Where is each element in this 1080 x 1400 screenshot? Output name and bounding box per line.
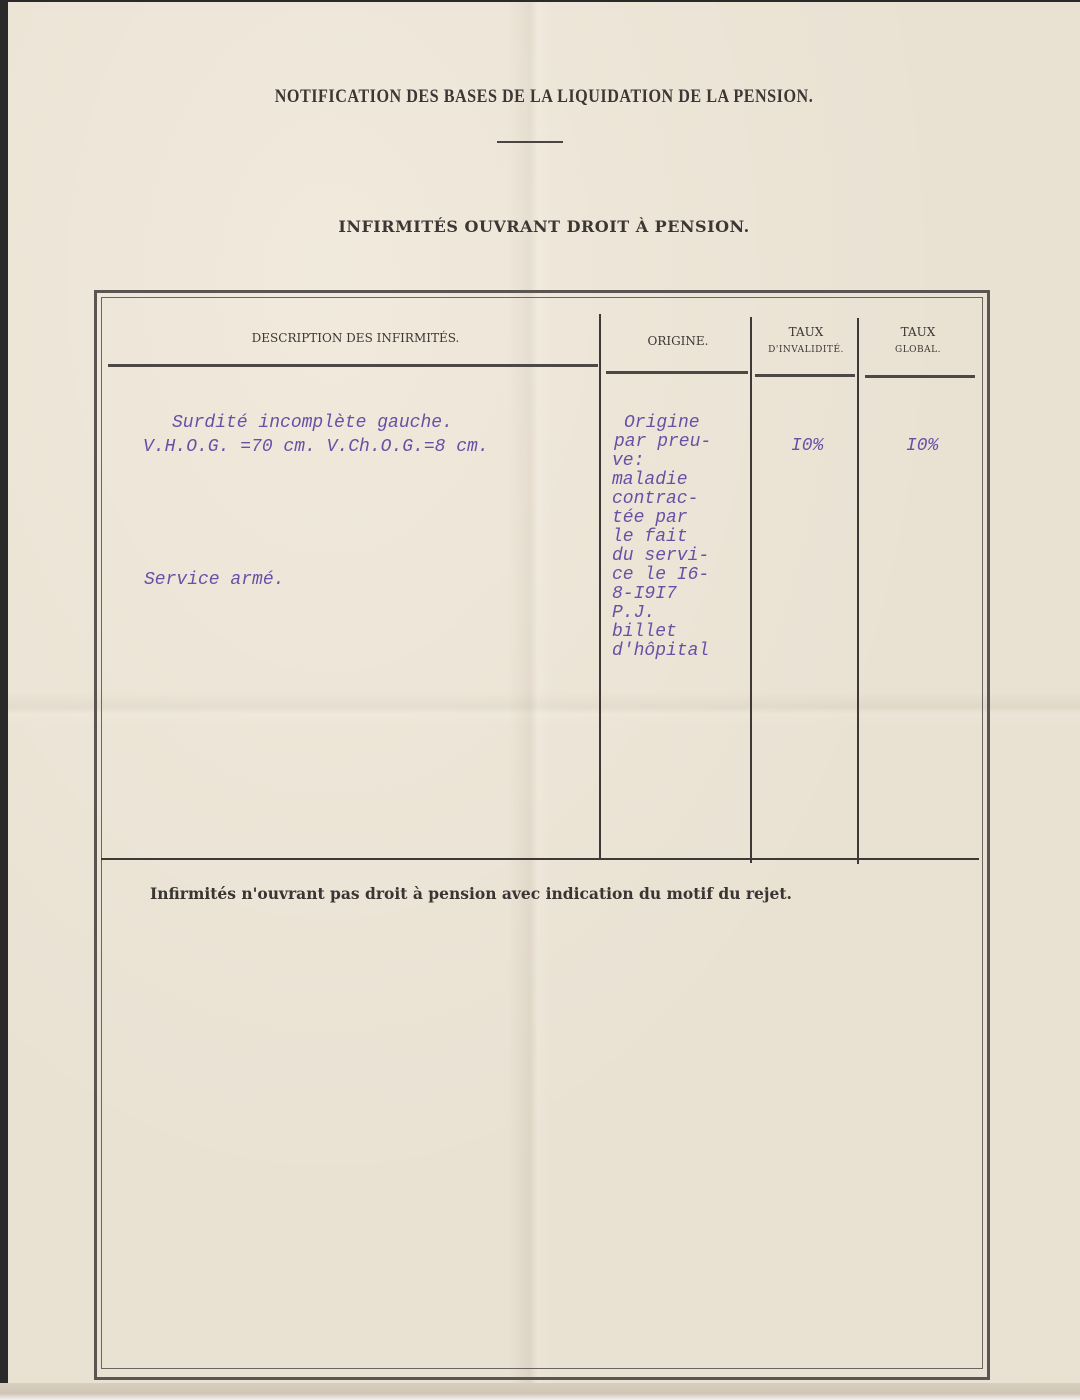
header-taux-global-line1: TAUX xyxy=(860,324,976,340)
header-rule-origine xyxy=(606,371,748,374)
description-line-1: Surdité incomplète gauche. xyxy=(172,414,453,433)
origine-line: ve: xyxy=(612,452,752,471)
origine-line: d'hôpital xyxy=(612,642,752,661)
taux-invalidite-value: I0% xyxy=(791,437,823,456)
header-taux-invalidite-line2: D'INVALIDITÉ. xyxy=(754,342,858,358)
description-service: Service armé. xyxy=(144,571,284,590)
section-divider xyxy=(101,858,979,860)
rejected-infirmities-label: Infirmités n'ouvrant pas droit à pension… xyxy=(150,884,792,903)
origine-line: tée par xyxy=(612,509,752,528)
rejected-infirmities-area xyxy=(110,915,970,1355)
origine-line: Origine xyxy=(612,414,752,433)
header-rule-description xyxy=(108,364,598,367)
header-taux-invalidite: TAUX D'INVALIDITÉ. xyxy=(754,324,858,358)
description-line-2: V.H.O.G. =70 cm. V.Ch.O.G.=8 cm. xyxy=(143,438,489,457)
column-divider-1 xyxy=(599,314,601,860)
origine-line: billet xyxy=(612,623,752,642)
origine-line: 8-I9I7 xyxy=(612,585,752,604)
header-description-label: DESCRIPTION DES INFIRMITÉS. xyxy=(252,331,460,345)
header-taux-global: TAUX GLOBAL. xyxy=(860,324,976,358)
taux-global-value: I0% xyxy=(906,437,938,456)
header-rule-invalidite xyxy=(755,374,855,377)
origine-line: maladie xyxy=(612,471,752,490)
origine-cell: Origine par preu- ve: maladie contrac- t… xyxy=(612,414,752,661)
origine-line: contrac- xyxy=(612,490,752,509)
header-rule-global xyxy=(865,375,975,378)
header-taux-invalidite-line1: TAUX xyxy=(754,324,858,340)
origine-line: P.J. xyxy=(612,604,752,623)
header-taux-global-line2: GLOBAL. xyxy=(860,342,976,358)
title-divider xyxy=(497,141,563,143)
page-bottom-edge xyxy=(0,1383,1080,1400)
origine-line: par preu- xyxy=(612,433,752,452)
section-title: INFIRMITÉS OUVRANT DROIT À PENSION. xyxy=(0,217,1080,236)
column-divider-3 xyxy=(857,318,859,864)
origine-line: le fait xyxy=(612,528,752,547)
origine-line: ce le I6- xyxy=(612,566,752,585)
page-title: NOTIFICATION DES BASES DE LA LIQUIDATION… xyxy=(82,86,1007,108)
header-description: DESCRIPTION DES INFIRMITÉS. xyxy=(108,330,603,346)
header-origine: ORIGINE. xyxy=(604,333,752,349)
origine-line: du servi- xyxy=(612,547,752,566)
header-origine-label: ORIGINE. xyxy=(647,334,708,348)
